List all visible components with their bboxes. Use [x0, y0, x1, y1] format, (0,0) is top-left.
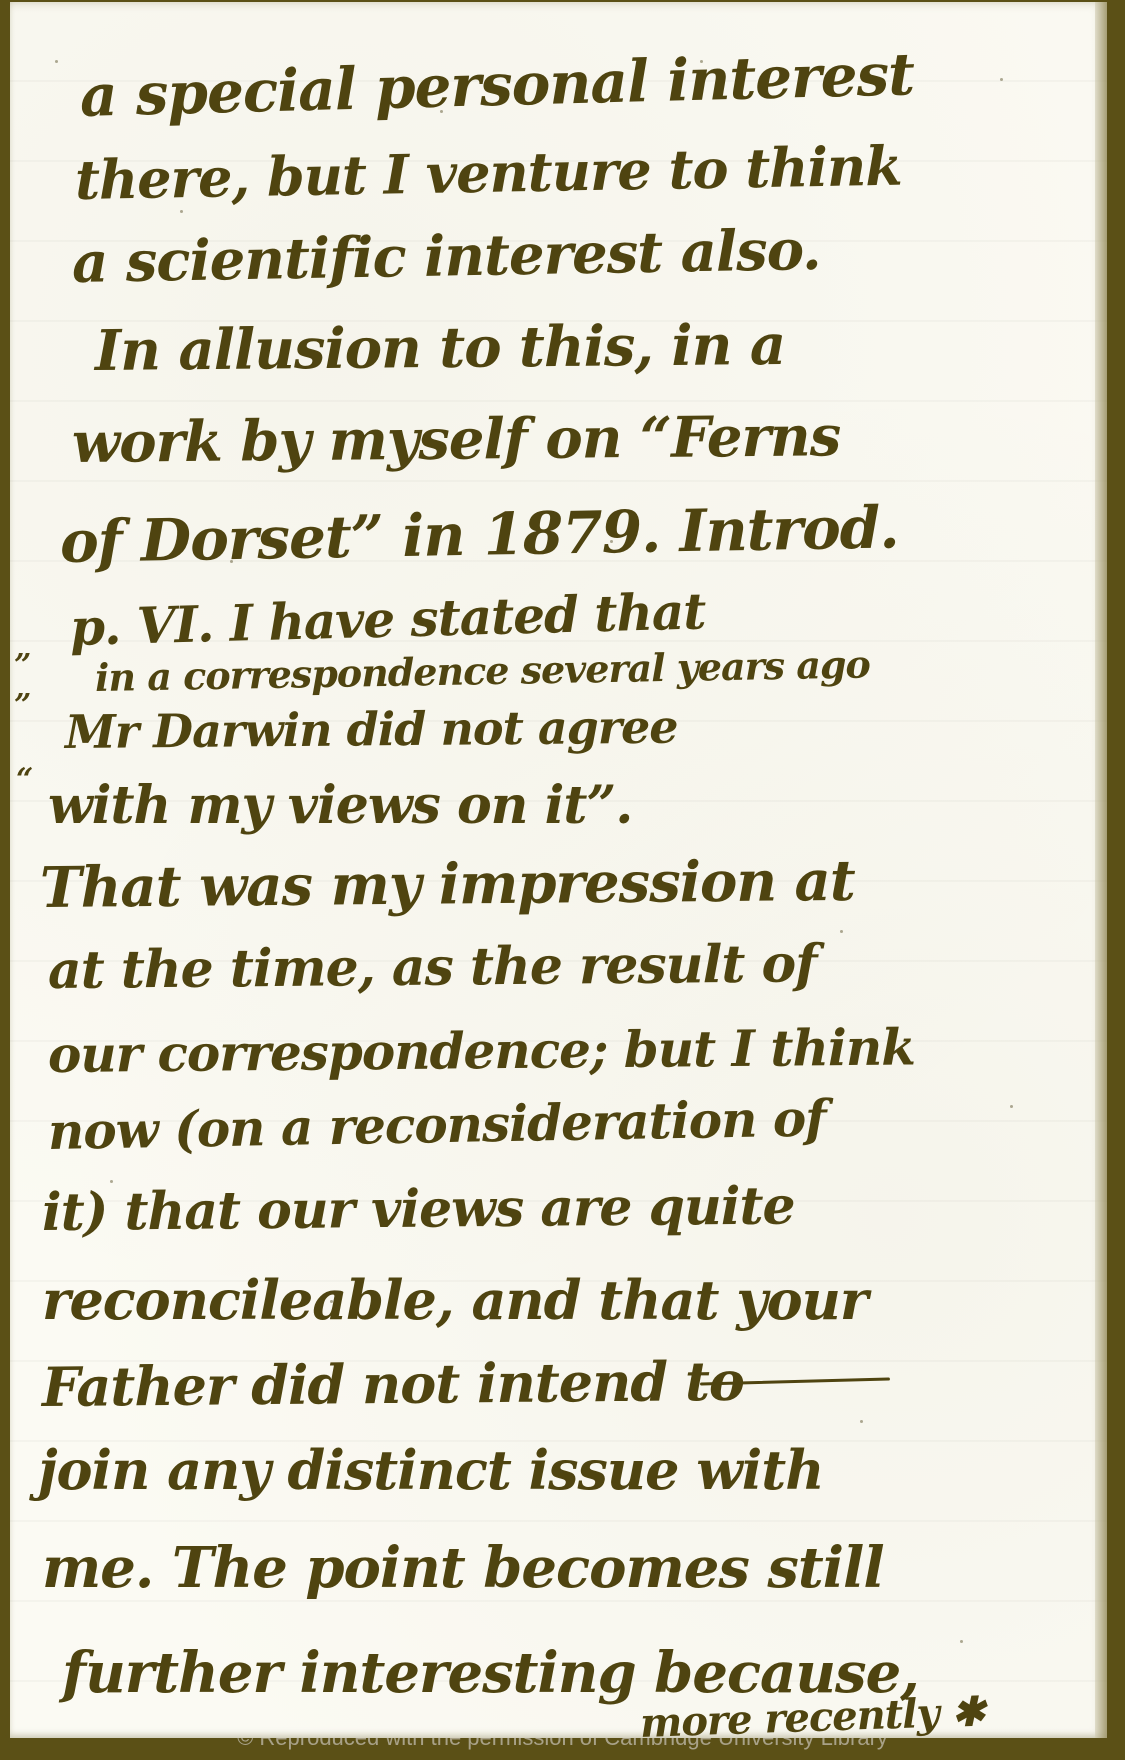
manuscript-line: In allusion to this, in a — [95, 312, 786, 384]
paper-speck — [840, 930, 843, 933]
paper-speck — [55, 60, 58, 63]
paper-speck — [960, 1640, 963, 1643]
manuscript-line: our correspondence; but I think — [48, 1017, 915, 1084]
paper-speck — [1000, 78, 1003, 81]
copyright-footer: © Reproduced with the permission of Camb… — [0, 1738, 1125, 1760]
manuscript-line: with my views on it”. — [48, 775, 632, 836]
manuscript-line: join any distinct issue with — [38, 1438, 824, 1502]
manuscript-line: Father did not intend to — [42, 1349, 744, 1419]
paper-speck — [230, 560, 233, 563]
paper-speck — [1010, 1105, 1013, 1108]
manuscript-line: it) that our views are quite — [42, 1175, 795, 1243]
paper-speck — [610, 540, 613, 543]
paper-speck — [560, 1470, 563, 1473]
paper-speck — [700, 60, 703, 63]
manuscript-line: Mr Darwin did not agree — [65, 700, 678, 759]
manuscript-line: a scientific interest also. — [71, 217, 821, 296]
manuscript-line: work by myself on “Ferns — [72, 403, 841, 476]
paper-speck — [860, 1420, 863, 1423]
paper-speck — [180, 210, 183, 213]
margin-quote-mark: “ — [16, 762, 33, 797]
margin-quote-mark: ” — [14, 648, 31, 683]
manuscript-line: reconcileable, and that your — [42, 1268, 867, 1332]
copyright-text: © Reproduced with the permission of Camb… — [237, 1738, 888, 1749]
manuscript-line: me. The point becomes still — [42, 1535, 884, 1601]
margin-quote-mark: ” — [14, 688, 31, 723]
paper-speck — [440, 110, 443, 113]
paper-speck — [330, 1300, 333, 1303]
paper-edge-shadow — [1095, 2, 1107, 1738]
manuscript-line: at the time, as the result of — [48, 933, 817, 1001]
paper-speck — [110, 1180, 113, 1183]
manuscript-line: That was my impression at — [40, 848, 855, 921]
